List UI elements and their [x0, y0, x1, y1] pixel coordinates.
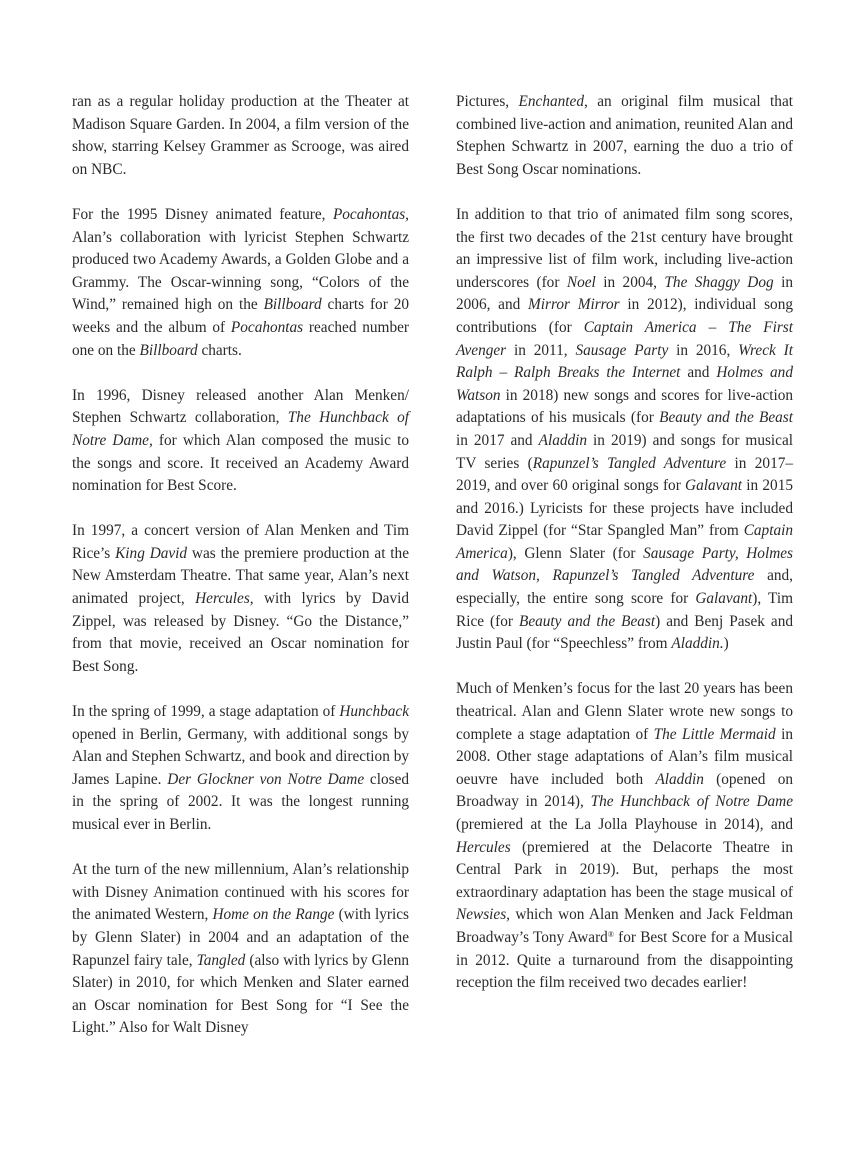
paragraph: Much of Menken’s focus for the last 20 y… [456, 678, 793, 994]
text-run: and [680, 364, 716, 381]
italic-title: Pocahontas [231, 319, 303, 336]
italic-title: Beauty and the Beast [519, 613, 655, 630]
text-run: ran as a regular holiday production at t… [72, 93, 409, 178]
text-run: in 2004, [596, 274, 665, 291]
text-run: charts. [198, 342, 242, 359]
italic-title: Sausage Party [575, 342, 668, 359]
text-run: For the 1995 Disney animated feature, [72, 206, 333, 223]
italic-title: Enchanted [519, 93, 584, 110]
paragraph: At the turn of the new millennium, Alan’… [72, 859, 409, 1040]
paragraph: In addition to that trio of animated fil… [456, 204, 793, 656]
text-run: in 2011, [506, 342, 575, 359]
italic-title: Hercules [456, 839, 511, 856]
italic-title: The Little Mermaid [654, 726, 776, 743]
text-run: ), Glenn Slater (for [508, 545, 643, 562]
paragraph: In 1996, Disney released another Alan Me… [72, 385, 409, 498]
italic-title: Der Glockner von Notre Dame [167, 771, 364, 788]
italic-title: Mirror Mirror [528, 296, 620, 313]
italic-title: Pocahontas, [333, 206, 409, 223]
left-column: ran as a regular holiday production at t… [72, 91, 409, 1063]
italic-title: Noel [567, 274, 596, 291]
paragraph: In 1997, a concert version of Alan Menke… [72, 520, 409, 678]
text-run: Pictures, [456, 93, 519, 110]
italic-title: Aladdin [539, 432, 587, 449]
paragraph: Pictures, Enchanted, an original film mu… [456, 91, 793, 181]
right-column: Pictures, Enchanted, an original film mu… [456, 91, 793, 1017]
italic-title: Tangled [197, 952, 246, 969]
text-run: ) [724, 635, 729, 652]
italic-title: Galavant [685, 477, 742, 494]
italic-title: Aladdin. [671, 635, 723, 652]
italic-title: The Hunchback of Notre Dame [591, 793, 793, 810]
paragraph: ran as a regular holiday production at t… [72, 91, 409, 181]
italic-title: Hercules, [195, 590, 253, 607]
italic-title: Newsies, [456, 906, 510, 923]
italic-title: Hunchback [339, 703, 409, 720]
italic-title: Aladdin [655, 771, 703, 788]
text-run: in 2017 and [456, 432, 539, 449]
italic-title: Billboard [264, 296, 322, 313]
italic-title: Home on the Range [212, 906, 334, 923]
paragraph: For the 1995 Disney animated feature, Po… [72, 204, 409, 362]
italic-title: Billboard [140, 342, 198, 359]
italic-title: Rapunzel’s Tangled Adventure [533, 455, 726, 472]
text-run: (premiered at the La Jolla Playhouse in … [456, 816, 793, 833]
text-run: In the spring of 1999, a stage adaptatio… [72, 703, 339, 720]
italic-title: Beauty and the Beast [659, 409, 793, 426]
italic-title: Galavant [695, 590, 752, 607]
paragraph: In the spring of 1999, a stage adaptatio… [72, 701, 409, 837]
italic-title: King David [115, 545, 187, 562]
italic-title: The Shaggy Dog [664, 274, 773, 291]
text-run: in 2016, [668, 342, 738, 359]
